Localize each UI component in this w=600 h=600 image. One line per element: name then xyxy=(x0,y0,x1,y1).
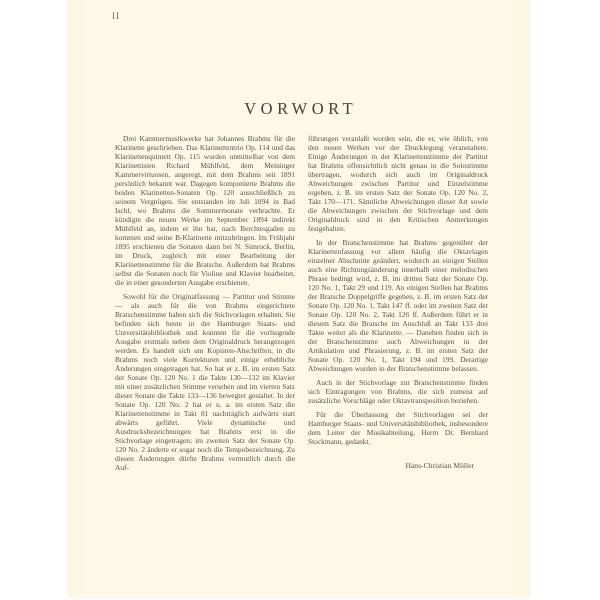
text-columns: Drei Kammermusikwerke hat Johannes Brahm… xyxy=(115,134,488,477)
book-page: II VORWORT Drei Kammermusikwerke hat Joh… xyxy=(68,0,529,597)
paragraph-left-2: Sowohl für die Originalfassung — Partitu… xyxy=(115,292,295,472)
scan-background: II VORWORT Drei Kammermusikwerke hat Joh… xyxy=(0,0,600,600)
author-signature: Hans-Christian Müller xyxy=(308,461,488,470)
page-number: II xyxy=(112,11,120,21)
right-column: führungen veranlaßt worden sein, die er,… xyxy=(308,134,488,477)
left-column: Drei Kammermusikwerke hat Johannes Brahm… xyxy=(115,134,295,477)
paragraph-right-1: führungen veranlaßt worden sein, die er,… xyxy=(308,134,488,233)
paragraph-right-3: Auch in der Stichvorlage zur Bratschenst… xyxy=(308,378,488,405)
page-title: VORWORT xyxy=(68,99,529,119)
paragraph-left-1: Drei Kammermusikwerke hat Johannes Brahm… xyxy=(115,134,295,287)
paragraph-right-4: Für die Überlassung der Stichvorlagen se… xyxy=(308,410,488,446)
paragraph-right-2: In der Bratschenstimme hat Brahms gegenü… xyxy=(308,238,488,373)
